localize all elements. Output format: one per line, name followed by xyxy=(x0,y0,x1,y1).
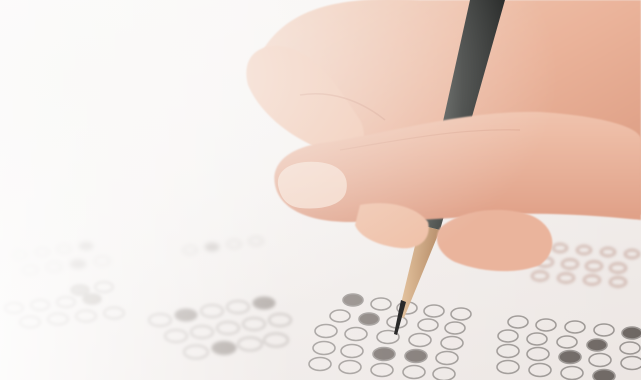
soft-light-overlay xyxy=(0,0,641,380)
photo-scene xyxy=(0,0,641,380)
